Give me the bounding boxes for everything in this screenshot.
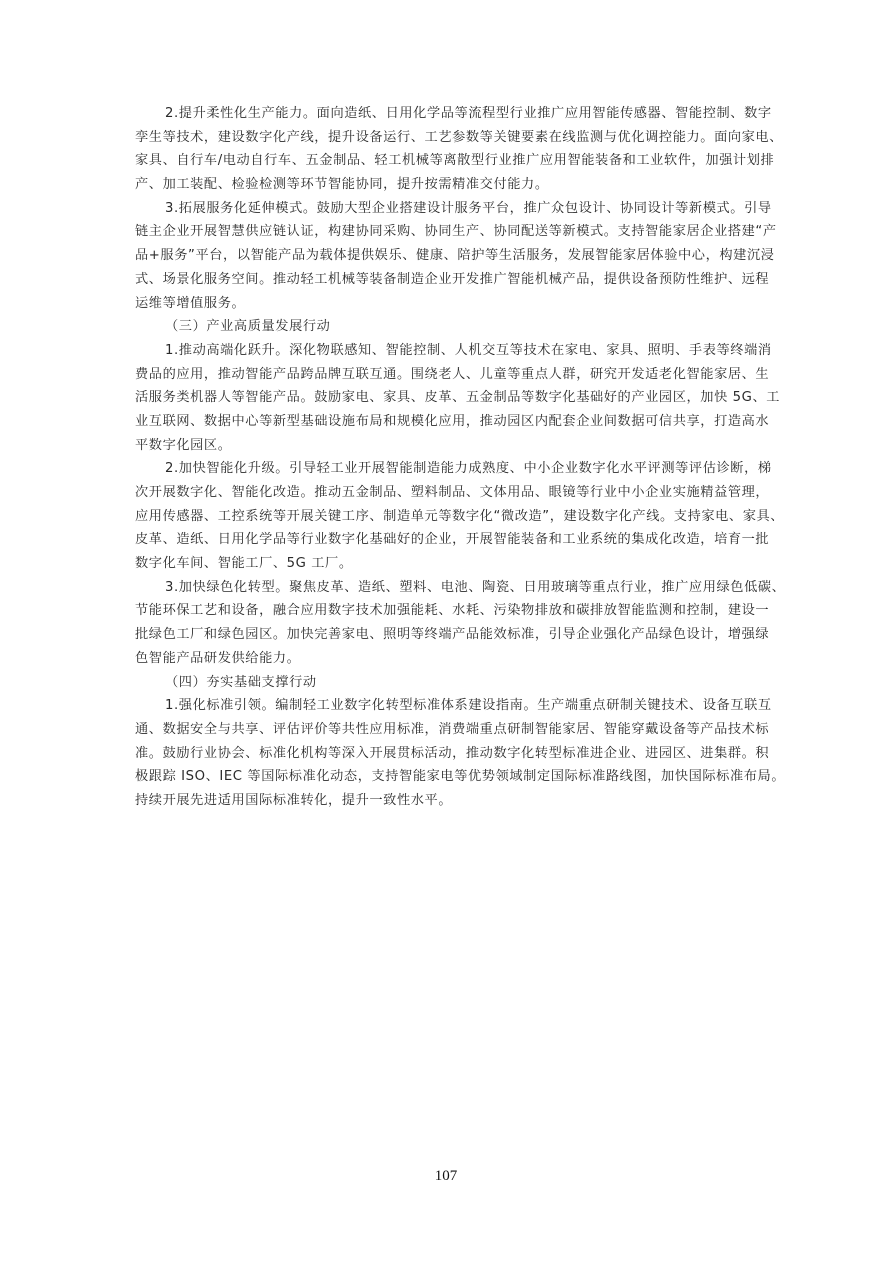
text-line: 色智能产品研发供给能力。	[135, 647, 759, 671]
paragraph-standards: 1.强化标准引领。编制轻工业数字化转型标准体系建设指南。生产端重点研制关键技术、…	[135, 694, 759, 812]
page-number: 107	[0, 1168, 892, 1185]
paragraph-service-extension: 3.拓展服务化延伸模式。鼓励大型企业搭建设计服务平台，推广众包设计、协同设计等新…	[135, 197, 759, 315]
paragraph-green-transition: 3.加快绿色化转型。聚焦皮革、造纸、塑料、电池、陶瓷、日用玻璃等重点行业，推广应…	[135, 576, 759, 671]
document-page: 2.提升柔性化生产能力。面向造纸、日用化学品等流程型行业推广应用智能传感器、智能…	[0, 0, 892, 1262]
section-heading-3: （三）产业高质量发展行动	[135, 315, 759, 339]
text-line: 1.强化标准引领。编制轻工业数字化转型标准体系建设指南。生产端重点研制关键技术、…	[135, 694, 759, 718]
text-line: 2.加快智能化升级。引导轻工业开展智能制造能力成熟度、中小企业数字化水平评测等评…	[135, 457, 759, 481]
text-line: 2.提升柔性化生产能力。面向造纸、日用化学品等流程型行业推广应用智能传感器、智能…	[135, 102, 759, 126]
text-line: 极跟踪 ISO、IEC 等国际标准化动态，支持智能家电等优势领域制定国际标准路线…	[135, 765, 759, 789]
text-line: 平数字化园区。	[135, 434, 759, 458]
text-line: 运维等增值服务。	[135, 292, 759, 316]
text-line: 1.推动高端化跃升。深化物联感知、智能控制、人机交互等技术在家电、家具、照明、手…	[135, 339, 759, 363]
section-heading: （三）产业高质量发展行动	[135, 315, 759, 339]
text-line: 3.拓展服务化延伸模式。鼓励大型企业搭建设计服务平台，推广众包设计、协同设计等新…	[135, 197, 759, 221]
text-line: 3.加快绿色化转型。聚焦皮革、造纸、塑料、电池、陶瓷、日用玻璃等重点行业，推广应…	[135, 576, 759, 600]
text-line: 批绿色工厂和绿色园区。加快完善家电、照明等终端产品能效标准，引导企业强化产品绿色…	[135, 623, 759, 647]
text-line: 准。鼓励行业协会、标准化机构等深入开展贯标活动，推动数字化转型标准进企业、进园区…	[135, 742, 759, 766]
section-heading-4: （四）夯实基础支撑行动	[135, 671, 759, 695]
section-heading: （四）夯实基础支撑行动	[135, 671, 759, 695]
text-line: 数字化车间、智能工厂、5G 工厂。	[135, 552, 759, 576]
text-line: 费品的应用，推动智能产品跨品牌互联互通。围绕老人、儿童等重点人群，研究开发适老化…	[135, 363, 759, 387]
text-line: 应用传感器、工控系统等开展关键工序、制造单元等数字化“微改造”，建设数字化产线。…	[135, 505, 759, 529]
text-line: 链主企业开展智慧供应链认证，构建协同采购、协同生产、协同配送等新模式。支持智能家…	[135, 220, 759, 244]
text-line: 孪生等技术，建设数字化产线，提升设备运行、工艺参数等关键要素在线监测与优化调控能…	[135, 126, 759, 150]
document-body: 2.提升柔性化生产能力。面向造纸、日用化学品等流程型行业推广应用智能传感器、智能…	[135, 102, 759, 813]
text-line: 活服务类机器人等智能产品。鼓励家电、家具、皮革、五金制品等数字化基础好的产业园区…	[135, 386, 759, 410]
text-line: 品+服务”平台，以智能产品为载体提供娱乐、健康、陪护等生活服务，发展智能家居体验…	[135, 244, 759, 268]
text-line: 家具、自行车/电动自行车、五金制品、轻工机械等离散型行业推广应用智能装备和工业软…	[135, 149, 759, 173]
paragraph-intelligent-upgrade: 2.加快智能化升级。引导轻工业开展智能制造能力成熟度、中小企业数字化水平评测等评…	[135, 457, 759, 575]
paragraph-flexible-production: 2.提升柔性化生产能力。面向造纸、日用化学品等流程型行业推广应用智能传感器、智能…	[135, 102, 759, 197]
paragraph-high-end: 1.推动高端化跃升。深化物联感知、智能控制、人机交互等技术在家电、家具、照明、手…	[135, 339, 759, 457]
text-line: 式、场景化服务空间。推动轻工机械等装备制造企业开发推广智能机械产品，提供设备预防…	[135, 268, 759, 292]
text-line: 业互联网、数据中心等新型基础设施布局和规模化应用，推动园区内配套企业间数据可信共…	[135, 410, 759, 434]
text-line: 持续开展先进适用国际标准转化，提升一致性水平。	[135, 789, 759, 813]
text-line: 通、数据安全与共享、评估评价等共性应用标准，消费端重点研制智能家居、智能穿戴设备…	[135, 718, 759, 742]
text-line: 次开展数字化、智能化改造。推动五金制品、塑料制品、文体用品、眼镜等行业中小企业实…	[135, 481, 759, 505]
text-line: 节能环保工艺和设备，融合应用数字技术加强能耗、水耗、污染物排放和碳排放智能监测和…	[135, 599, 759, 623]
text-line: 产、加工装配、检验检测等环节智能协同，提升按需精准交付能力。	[135, 173, 759, 197]
text-line: 皮革、造纸、日用化学品等行业数字化基础好的企业，开展智能装备和工业系统的集成化改…	[135, 528, 759, 552]
